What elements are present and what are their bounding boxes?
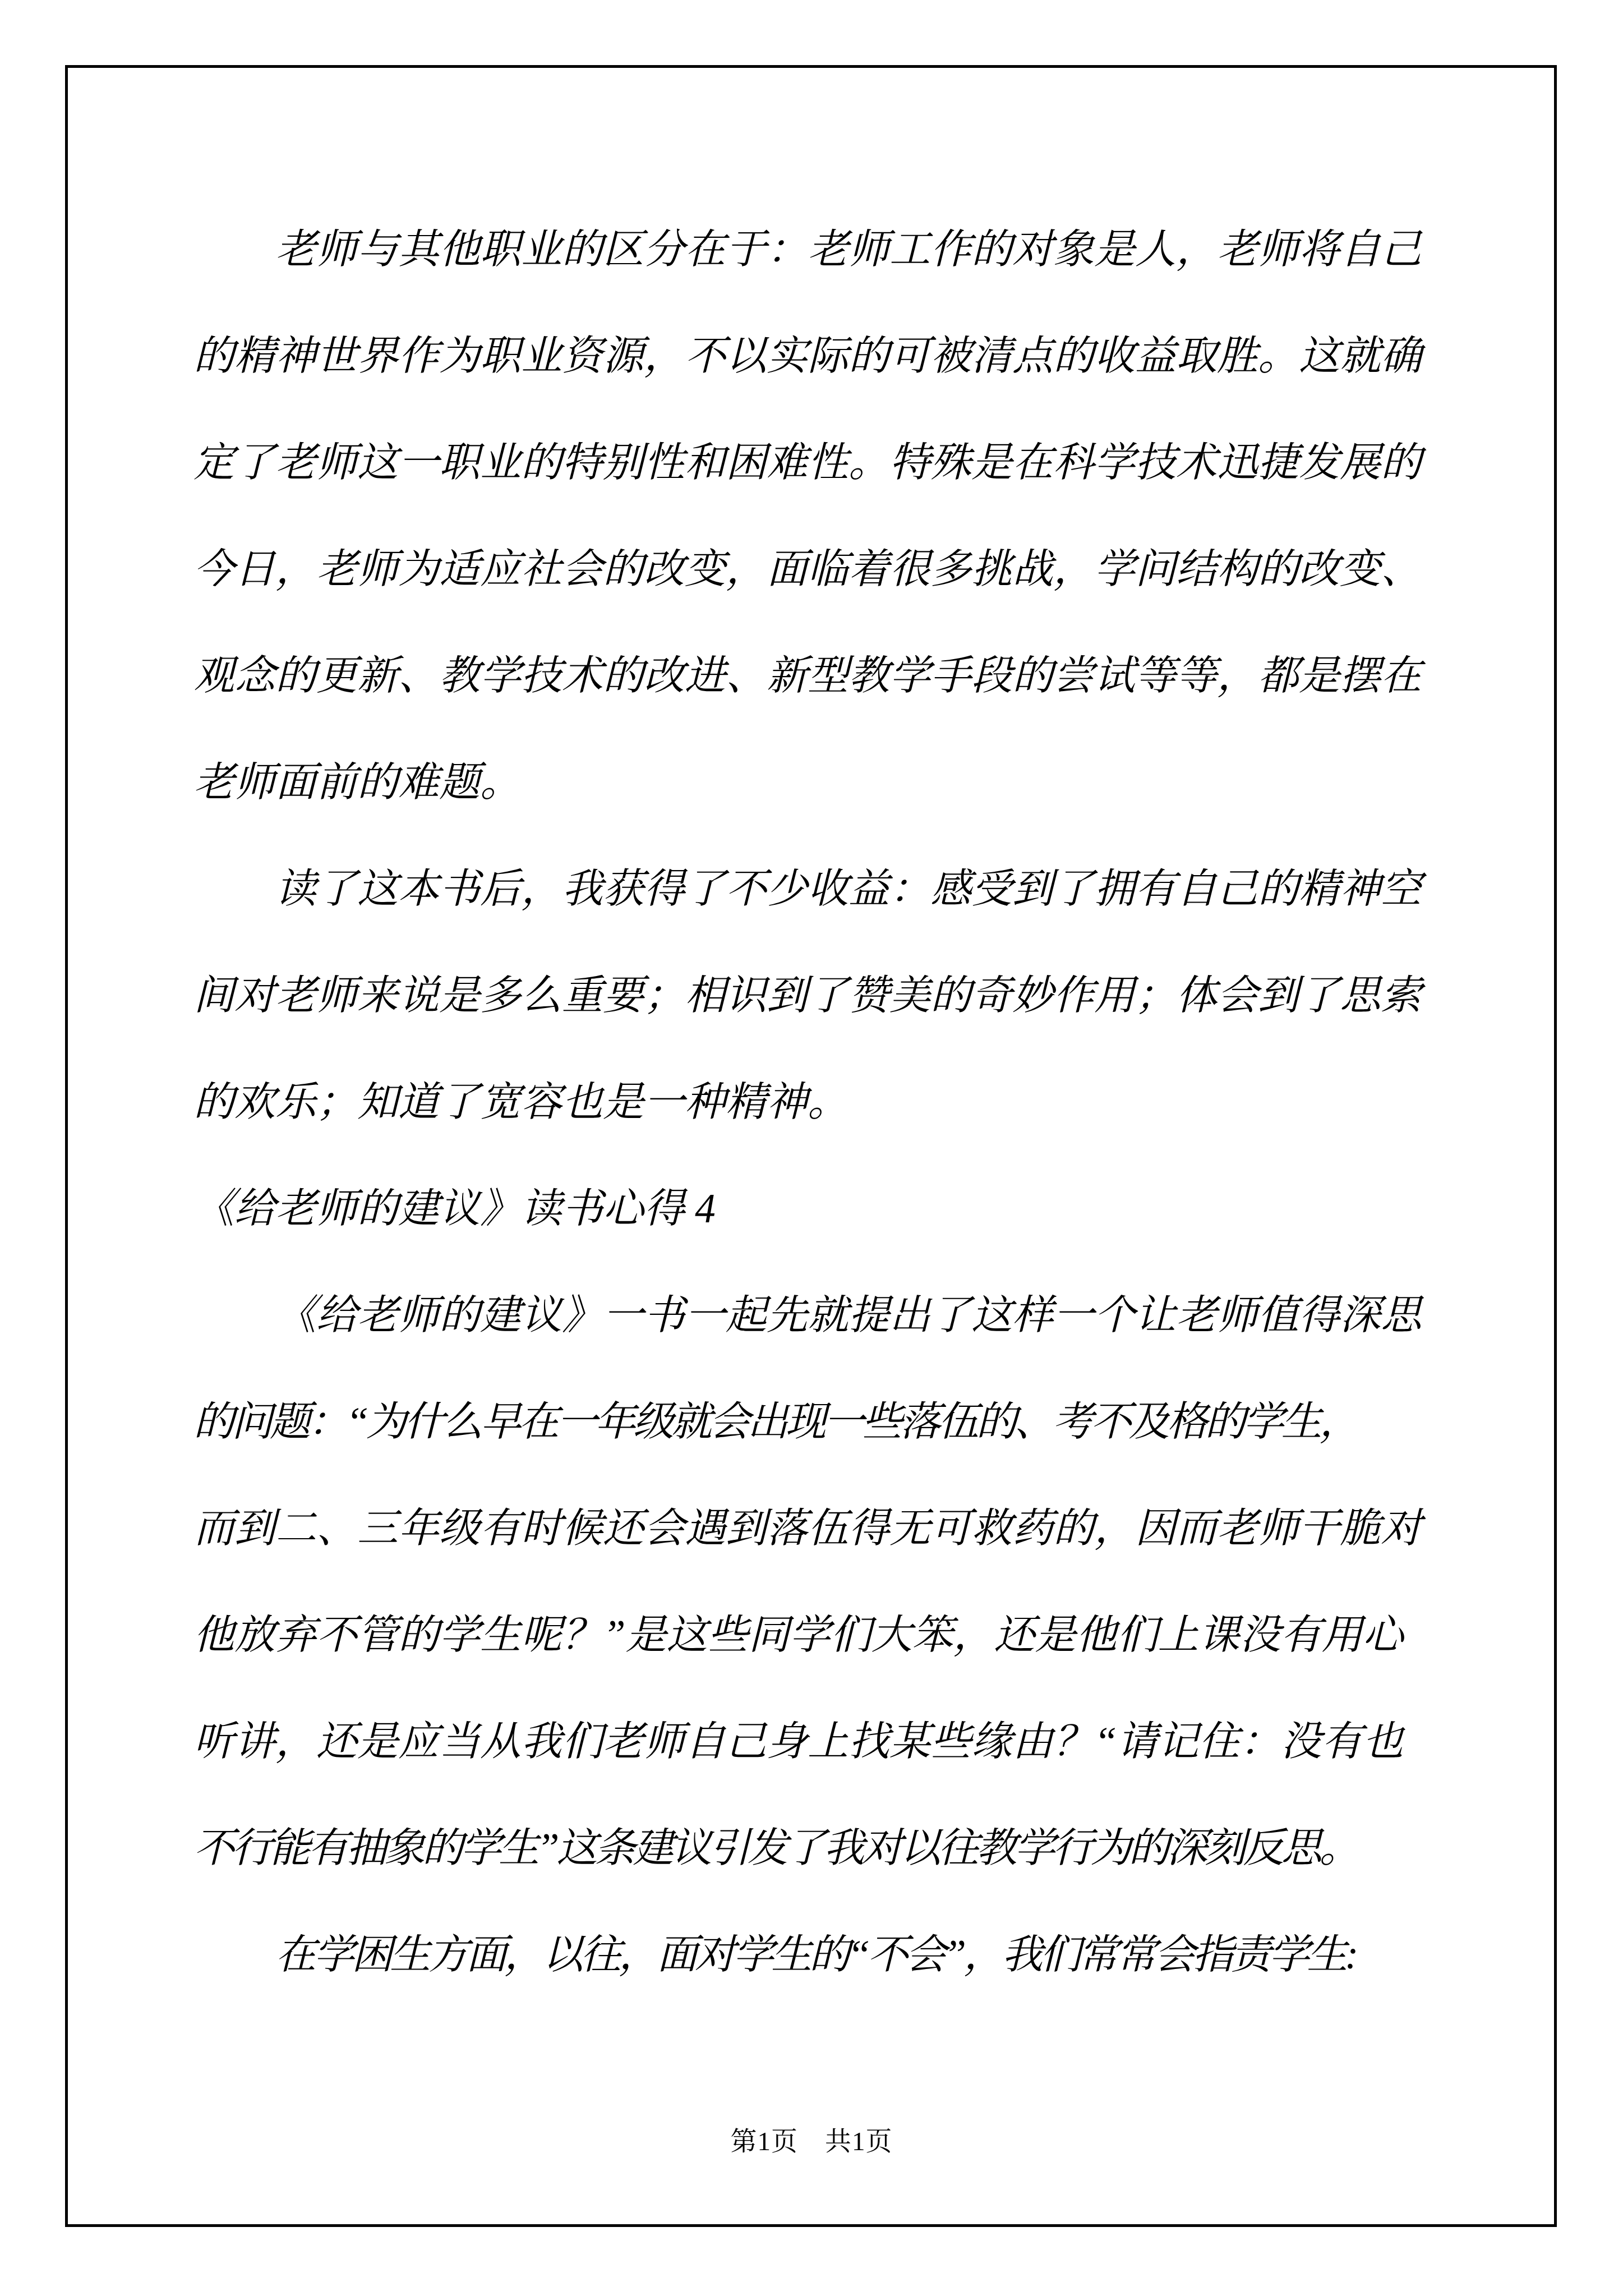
text-line: 的精神世界作为职业资源，不以实际的可被清点的收益取胜。这就确: [193, 303, 1423, 409]
text-line: 而到二、三年级有时候还会遇到落伍得无可救药的，因而老师干脆对: [193, 1475, 1423, 1582]
text-line: 今日，老师为适应社会的改变，面临着很多挑战，学问结构的改变、: [193, 516, 1423, 623]
text-line: 在学困生方面，以往，面对学生的“不会”，我们常常会指责学生:: [193, 1902, 1423, 2008]
text-line: 老师与其他职业的区分在于：老师工作的对象是人，老师将自己: [193, 196, 1423, 303]
text-line: 听讲，还是应当从我们老师自己身上找某些缘由？“请记住：没有也: [193, 1688, 1423, 1795]
text-line: 的欢乐；知道了宽容也是一种精神。: [193, 1049, 1423, 1156]
text-line: 《给老师的建议》一书一起先就提出了这样一个让老师值得深思: [193, 1262, 1423, 1369]
document-page: 老师与其他职业的区分在于：老师工作的对象是人，老师将自己的精神世界作为职业资源，…: [0, 0, 1623, 2296]
text-line: 他放弃不管的学生呢？”是这些同学们大笨，还是他们上课没有用心: [193, 1582, 1423, 1688]
text-line: 《给老师的建议》读书心得 4: [193, 1156, 1423, 1262]
document-body: 老师与其他职业的区分在于：老师工作的对象是人，老师将自己的精神世界作为职业资源，…: [193, 196, 1423, 2008]
text-line: 老师面前的难题。: [193, 729, 1423, 836]
text-line: 的问题：“为什么早在一年级就会出现一些落伍的、考不及格的学生，: [193, 1369, 1423, 1475]
text-line: 读了这本书后，我获得了不少收益：感受到了拥有自己的精神空: [193, 836, 1423, 942]
text-line: 观念的更新、教学技术的改进、新型教学手段的尝试等等，都是摆在: [193, 623, 1423, 729]
text-line: 定了老师这一职业的特别性和困难性。特殊是在科学技术迅捷发展的: [193, 409, 1423, 516]
page-footer: 第1页 共1页: [0, 2125, 1623, 2159]
text-line: 间对老师来说是多么重要；相识到了赞美的奇妙作用；体会到了思索: [193, 942, 1423, 1049]
text-line: 不行能有抽象的学生”这条建议引发了我对以往教学行为的深刻反思。: [193, 1795, 1423, 1902]
